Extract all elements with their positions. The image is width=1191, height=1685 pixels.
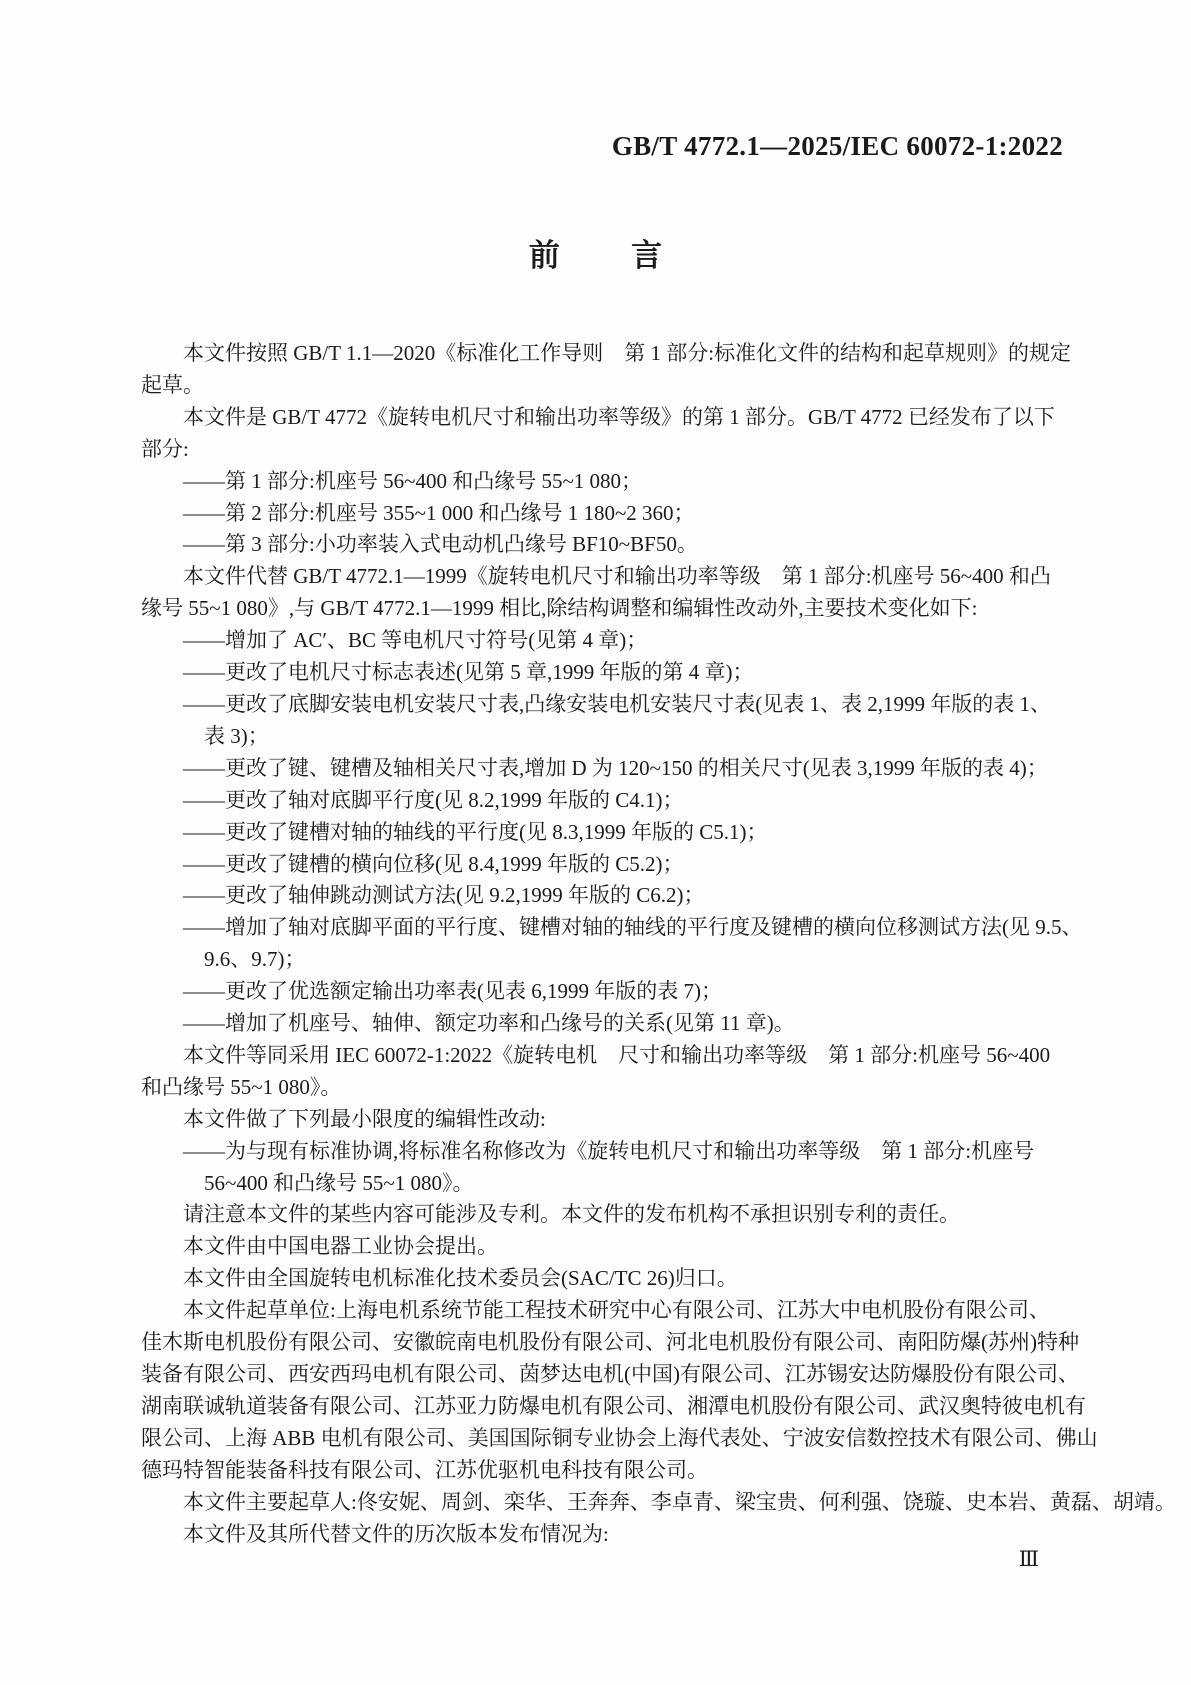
text-line: ——为与现有标准协调,将标准名称修改为《旋转电机尺寸和输出功率等级 第 1 部分… — [141, 1136, 1065, 1168]
text-line: 本文件代替 GB/T 4772.1—1999《旋转电机尺寸和输出功率等级 第 1… — [141, 561, 1065, 593]
text-line: 起草。 — [141, 370, 1065, 402]
text-line: 装备有限公司、西安西玛电机有限公司、茵梦达电机(中国)有限公司、江苏锡安达防爆股… — [141, 1359, 1065, 1391]
text-line: 本文件做了下列最小限度的编辑性改动: — [141, 1104, 1065, 1136]
foreword-body: 本文件按照 GB/T 1.1—2020《标准化工作导则 第 1 部分:标准化文件… — [141, 338, 1065, 1550]
text-line: 56~400 和凸缘号 55~1 080》。 — [141, 1168, 1065, 1200]
text-line: 本文件是 GB/T 4772《旋转电机尺寸和输出功率等级》的第 1 部分。GB/… — [141, 402, 1065, 434]
text-line: ——更改了电机尺寸标志表述(见第 5 章,1999 年版的第 4 章)； — [141, 657, 1065, 689]
text-line: 本文件等同采用 IEC 60072-1:2022《旋转电机 尺寸和输出功率等级 … — [141, 1040, 1065, 1072]
text-line: ——第 3 部分:小功率装入式电动机凸缘号 BF10~BF50。 — [141, 529, 1065, 561]
text-line: 9.6、9.7)； — [141, 944, 1065, 976]
page-title: 前言 — [0, 230, 1191, 275]
text-line: 缘号 55~1 080》,与 GB/T 4772.1—1999 相比,除结构调整… — [141, 593, 1065, 625]
document-page: GB/T 4772.1—2025/IEC 60072-1:2022 前言 本文件… — [0, 0, 1191, 1685]
text-line: ——增加了 AC′、BC 等电机尺寸符号(见第 4 章)； — [141, 625, 1065, 657]
text-line: 佳木斯电机股份有限公司、安徽皖南电机股份有限公司、河北电机股份有限公司、南阳防爆… — [141, 1327, 1065, 1359]
text-line: 表 3)； — [141, 721, 1065, 753]
text-line: 本文件由中国电器工业协会提出。 — [141, 1231, 1065, 1263]
text-line: ——更改了键槽的横向位移(见 8.4,1999 年版的 C5.2)； — [141, 849, 1065, 881]
page-number: Ⅲ — [1019, 1547, 1039, 1571]
text-line: ——更改了优选额定输出功率表(见表 6,1999 年版的表 7)； — [141, 976, 1065, 1008]
text-line: ——更改了键、键槽及轴相关尺寸表,增加 D 为 120~150 的相关尺寸(见表… — [141, 753, 1065, 785]
text-line: 部分: — [141, 434, 1065, 466]
text-line: ——更改了轴伸跳动测试方法(见 9.2,1999 年版的 C6.2)； — [141, 880, 1065, 912]
standard-number: GB/T 4772.1—2025/IEC 60072-1:2022 — [612, 131, 1063, 162]
text-line: ——更改了轴对底脚平行度(见 8.2,1999 年版的 C4.1)； — [141, 785, 1065, 817]
text-line: 请注意本文件的某些内容可能涉及专利。本文件的发布机构不承担识别专利的责任。 — [141, 1199, 1065, 1231]
text-line: ——更改了键槽对轴的轴线的平行度(见 8.3,1999 年版的 C5.1)； — [141, 817, 1065, 849]
text-line: ——第 1 部分:机座号 56~400 和凸缘号 55~1 080； — [141, 466, 1065, 498]
text-line: ——第 2 部分:机座号 355~1 000 和凸缘号 1 180~2 360； — [141, 498, 1065, 530]
text-line: 本文件及其所代替文件的历次版本发布情况为: — [141, 1519, 1065, 1551]
text-line: 湖南联诚轨道装备有限公司、江苏亚力防爆电机有限公司、湘潭电机股份有限公司、武汉奥… — [141, 1391, 1065, 1423]
text-line: ——更改了底脚安装电机安装尺寸表,凸缘安装电机安装尺寸表(见表 1、表 2,19… — [141, 689, 1065, 721]
text-line: ——增加了机座号、轴伸、额定功率和凸缘号的关系(见第 11 章)。 — [141, 1008, 1065, 1040]
text-line: 限公司、上海 ABB 电机有限公司、美国国际铜专业协会上海代表处、宁波安信数控技… — [141, 1423, 1065, 1455]
text-line: 和凸缘号 55~1 080》。 — [141, 1072, 1065, 1104]
text-line: 本文件主要起草人:佟安妮、周剑、栾华、王奔奔、李卓青、梁宝贵、何利强、饶璇、史本… — [141, 1487, 1065, 1519]
text-line: ——增加了轴对底脚平面的平行度、键槽对轴的轴线的平行度及键槽的横向位移测试方法(… — [141, 912, 1065, 944]
text-line: 德玛特智能装备科技有限公司、江苏优驱机电科技有限公司。 — [141, 1455, 1065, 1487]
text-line: 本文件起草单位:上海电机系统节能工程技术研究中心有限公司、江苏大中电机股份有限公… — [141, 1295, 1065, 1327]
text-line: 本文件由全国旋转电机标准化技术委员会(SAC/TC 26)归口。 — [141, 1263, 1065, 1295]
text-line: 本文件按照 GB/T 1.1—2020《标准化工作导则 第 1 部分:标准化文件… — [141, 338, 1065, 370]
